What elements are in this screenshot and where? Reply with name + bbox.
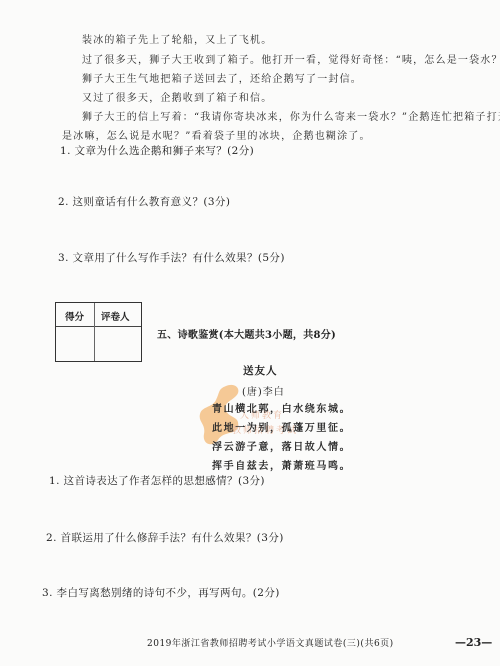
grader-label: 评卷人: [101, 309, 130, 323]
score-table-divider: [94, 303, 95, 361]
question-5-2: 2. 首联运用了什么修辞手法？有什么效果？(3分): [46, 530, 284, 545]
story-line: 狮子大王生气地把箱子送回去了，还给企鹅写了一封信。: [82, 70, 362, 85]
poem-line: 挥手自兹去，萧萧班马鸣。: [212, 457, 351, 472]
poem-title: 送友人: [243, 363, 278, 378]
footer-title: 2019年浙江省教师招聘考试小学语文真题试卷(三)(共6页): [147, 636, 394, 649]
poem-line: 青山横北郭，白水绕东城。: [212, 400, 351, 415]
story-line: 装冰的箱子先上了轮船，又上了飞机。: [82, 31, 272, 46]
question-4-1: 1. 文章为什么选企鹅和狮子来写？(2分): [60, 143, 254, 158]
story-line: 过了很多天，狮子大王收到了箱子。他打开一看，觉得好奇怪：“咦，怎么是一袋水？”: [82, 51, 500, 66]
poem-line: 浮云游子意，落日故人情。: [212, 438, 351, 453]
section-5-heading: 五、诗歌鉴赏(本大题共3小题，共8分): [157, 326, 336, 341]
question-5-1: 1. 这首诗表达了作者怎样的思想感情？(3分): [49, 473, 265, 488]
page-number: —23—: [455, 636, 492, 649]
poem-line: 此地一为别，孤蓬万里征。: [212, 419, 351, 434]
story-line: 又过了很多天，企鹅收到了箱子和信。: [82, 89, 272, 104]
question-4-2: 2. 这则童话有什么教育意义？(3分): [58, 194, 230, 209]
score-label: 得分: [65, 309, 84, 323]
question-4-3: 3. 文章用了什么写作手法？有什么效果？(5分): [58, 250, 285, 265]
question-5-3: 3. 李白写离愁别绪的诗句不少，再写两句。(2分): [42, 585, 280, 600]
story-line: 狮子大王的信上写着：“我请你寄块冰来，你为什么寄来一袋水？”企鹅连忙把箱子打开：…: [82, 108, 500, 123]
story-line: 是冰嘛，怎么说是水呢？”看着袋子里的冰块，企鹅也糊涂了。: [62, 127, 371, 142]
score-table: 得分 评卷人: [55, 302, 142, 362]
